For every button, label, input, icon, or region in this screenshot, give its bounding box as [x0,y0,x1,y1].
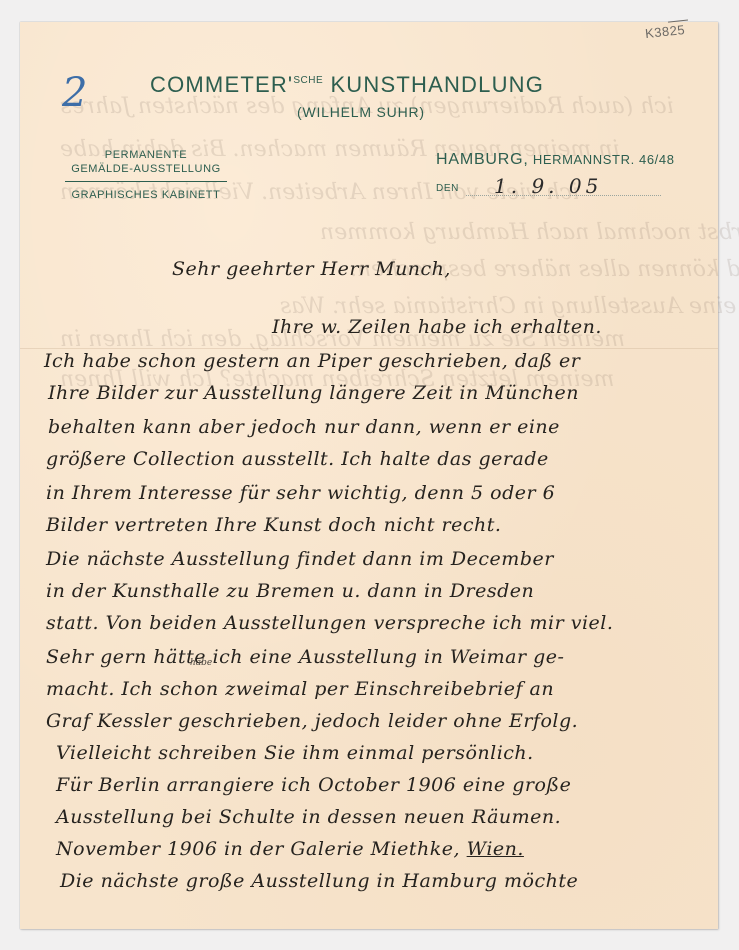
letter-line: Ihre w. Zeilen habe ich erhalten. [272,316,602,338]
letter-line: Vielleicht schreiben Sie ihm einmal pers… [56,742,534,764]
date-label: DEN [436,183,459,194]
firm-name-sup: SCHE [293,75,323,86]
letter-line: Die nächste Ausstellung findet dann im D… [46,548,554,570]
letterhead-departments: PERMANENTE GEMÄLDE-AUSSTELLUNG GRAPHISCH… [65,148,227,202]
letter-line: Ihre Bilder zur Ausstellung längere Zeit… [48,382,579,404]
letter-line: in Ihrem Interesse für sehr wichtig, den… [46,482,555,504]
letter-line: Ich habe schon gestern an Piper geschrie… [44,350,580,372]
letter-line: statt. Von beiden Ausstellungen versprec… [46,612,613,634]
letter-line-text: November 1906 in der Galerie Miethke, [56,838,460,860]
inserted-word: habe [190,658,212,668]
salutation: Sehr geehrter Herr Munch, [172,258,451,280]
firm-name-rest: KUNSTHANDLUNG [330,72,544,97]
letter-line: behalten kann aber jedoch nur dann, wenn… [48,416,560,438]
city: HAMBURG, [436,151,529,168]
letter-line: Graf Kessler geschrieben, jedoch leider … [46,710,578,732]
letter-line: macht. Ich schon zweimal per Einschreibe… [46,678,554,700]
address-line: HAMBURG, HERMANNSTR. 46/48 [436,151,675,169]
department-line: GEMÄLDE-AUSSTELLUNG [65,162,227,176]
firm-owner: (WILHELM SUHR) [297,104,425,120]
letter-line: Bilder vertreten Ihre Kunst doch nicht r… [46,514,501,536]
street-address: HERMANNSTR. 46/48 [533,152,675,167]
underlined-word: Wien. [467,838,524,860]
letter-line: Die nächste große Ausstellung in Hamburg… [60,870,578,892]
department-line: PERMANENTE [65,148,227,162]
date-line: DEN 1. 9. 05 [436,183,661,194]
page-number: 2 [62,70,87,116]
divider [65,181,227,182]
letter-line: größere Collection ausstellt. Ich halte … [46,448,549,470]
letter-line: in der Kunsthalle zu Bremen u. dann in D… [46,580,534,602]
letter-line: Sehr gern hätte ich eine Ausstellung in … [46,646,564,668]
firm-name: COMMETER'SCHE KUNSTHANDLUNG [150,72,544,98]
letter-line: Für Berlin arrangiere ich October 1906 e… [56,774,571,796]
letter-line: November 1906 in der Galerie Miethke, Wi… [56,838,524,860]
department-line: GRAPHISCHES KABINETT [65,188,227,202]
bleed-through-line: Sie zum Herbst nochmal nach Hamburg komm… [320,220,739,245]
date-value: 1. 9. 05 [494,174,602,198]
firm-name-main: COMMETER' [150,72,293,97]
letter-line: Ausstellung bei Schulte in dessen neuen … [56,806,561,828]
